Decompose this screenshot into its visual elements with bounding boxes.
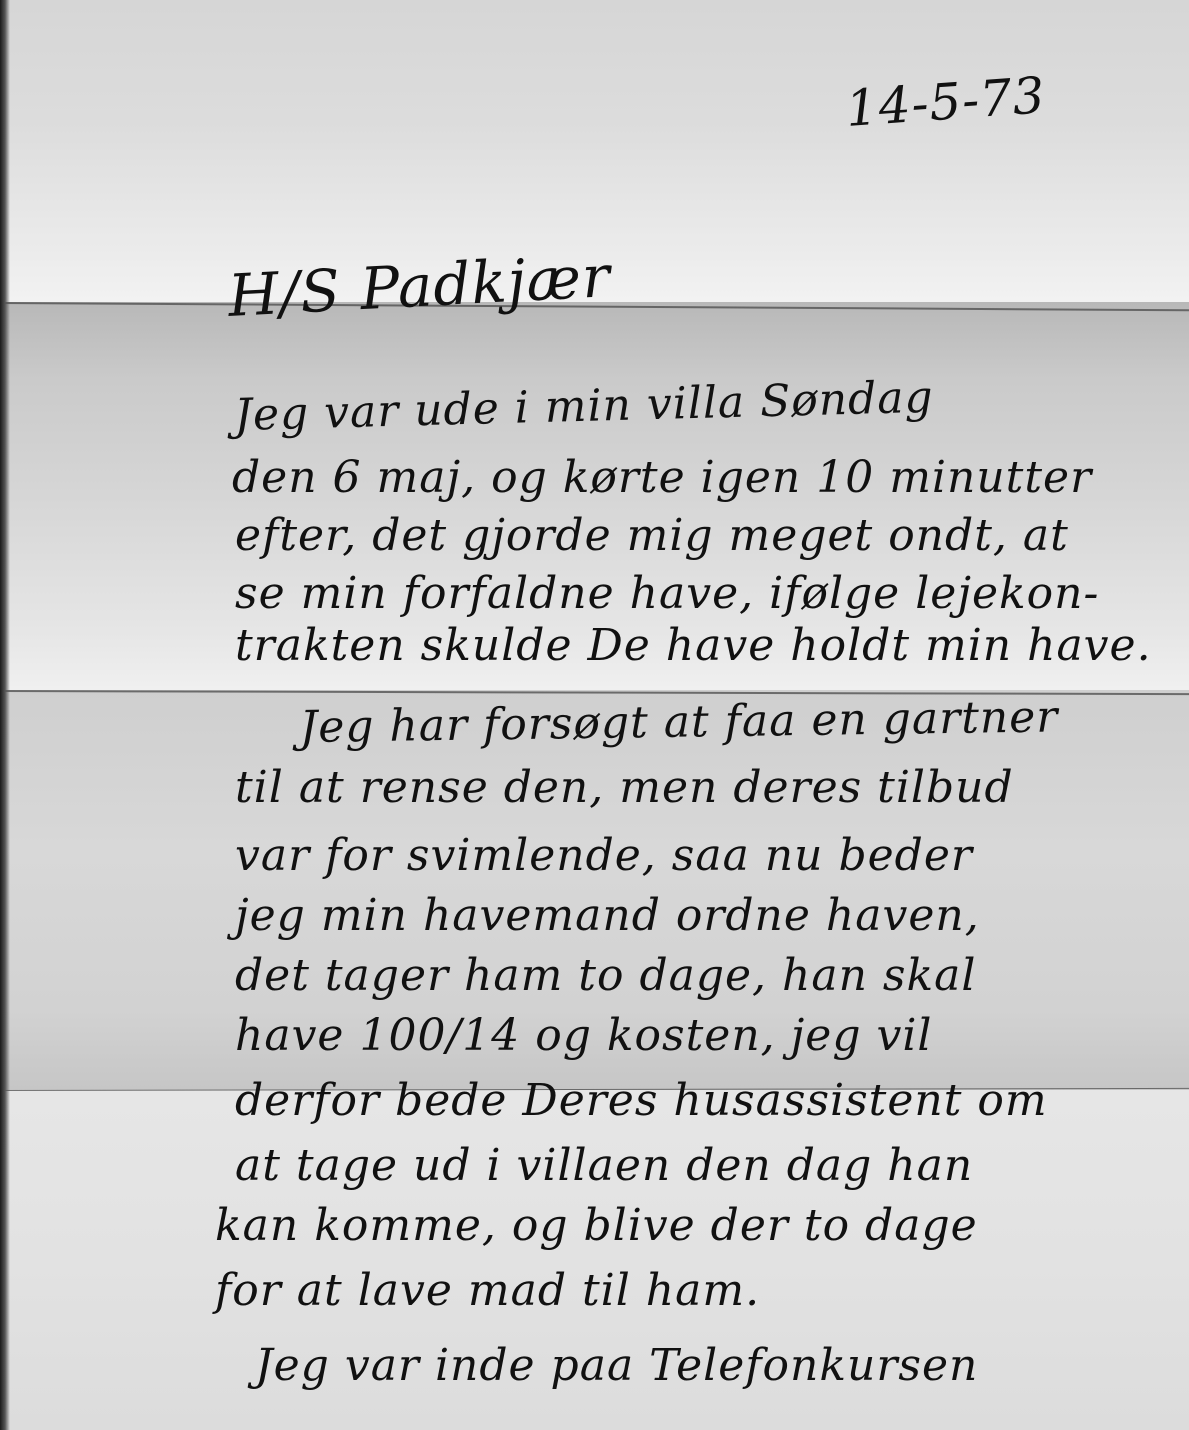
- letter-line: Jeg var inde paa Telefonkursen: [255, 1340, 978, 1391]
- letter-line: for at lave mad til ham.: [215, 1265, 760, 1316]
- letter-line: til at rense den, men deres tilbud: [235, 762, 1014, 813]
- letter-line: Jeg har forsøgt at faa en gartner: [299, 691, 1058, 753]
- letter-page: 14-5-73 H/S Padkjær Jeg var ude i min vi…: [0, 0, 1189, 1430]
- letter-line: derfor bede Deres husassistent om: [235, 1075, 1048, 1126]
- letter-line: det tager ham to dage, han skal: [235, 950, 976, 1001]
- letter-line: at tage ud i villaen den dag han: [235, 1140, 973, 1191]
- letter-line: trakten skulde De have holdt min have.: [235, 620, 1152, 671]
- letter-line: have 100/14 og kosten, jeg vil: [235, 1010, 932, 1061]
- letter-line: var for svimlende, saa nu beder: [235, 830, 973, 881]
- letter-line: kan komme, og blive der to dage: [215, 1200, 978, 1251]
- letter-line: jeg min havemand ordne haven,: [235, 890, 980, 941]
- letter-line: se min forfaldne have, ifølge lejekon-: [235, 568, 1099, 619]
- scan-edge-shadow: [0, 0, 10, 1430]
- letter-line: efter, det gjorde mig meget ondt, at: [235, 510, 1069, 561]
- letter-line: den 6 maj, og kørte igen 10 minutter: [232, 452, 1092, 503]
